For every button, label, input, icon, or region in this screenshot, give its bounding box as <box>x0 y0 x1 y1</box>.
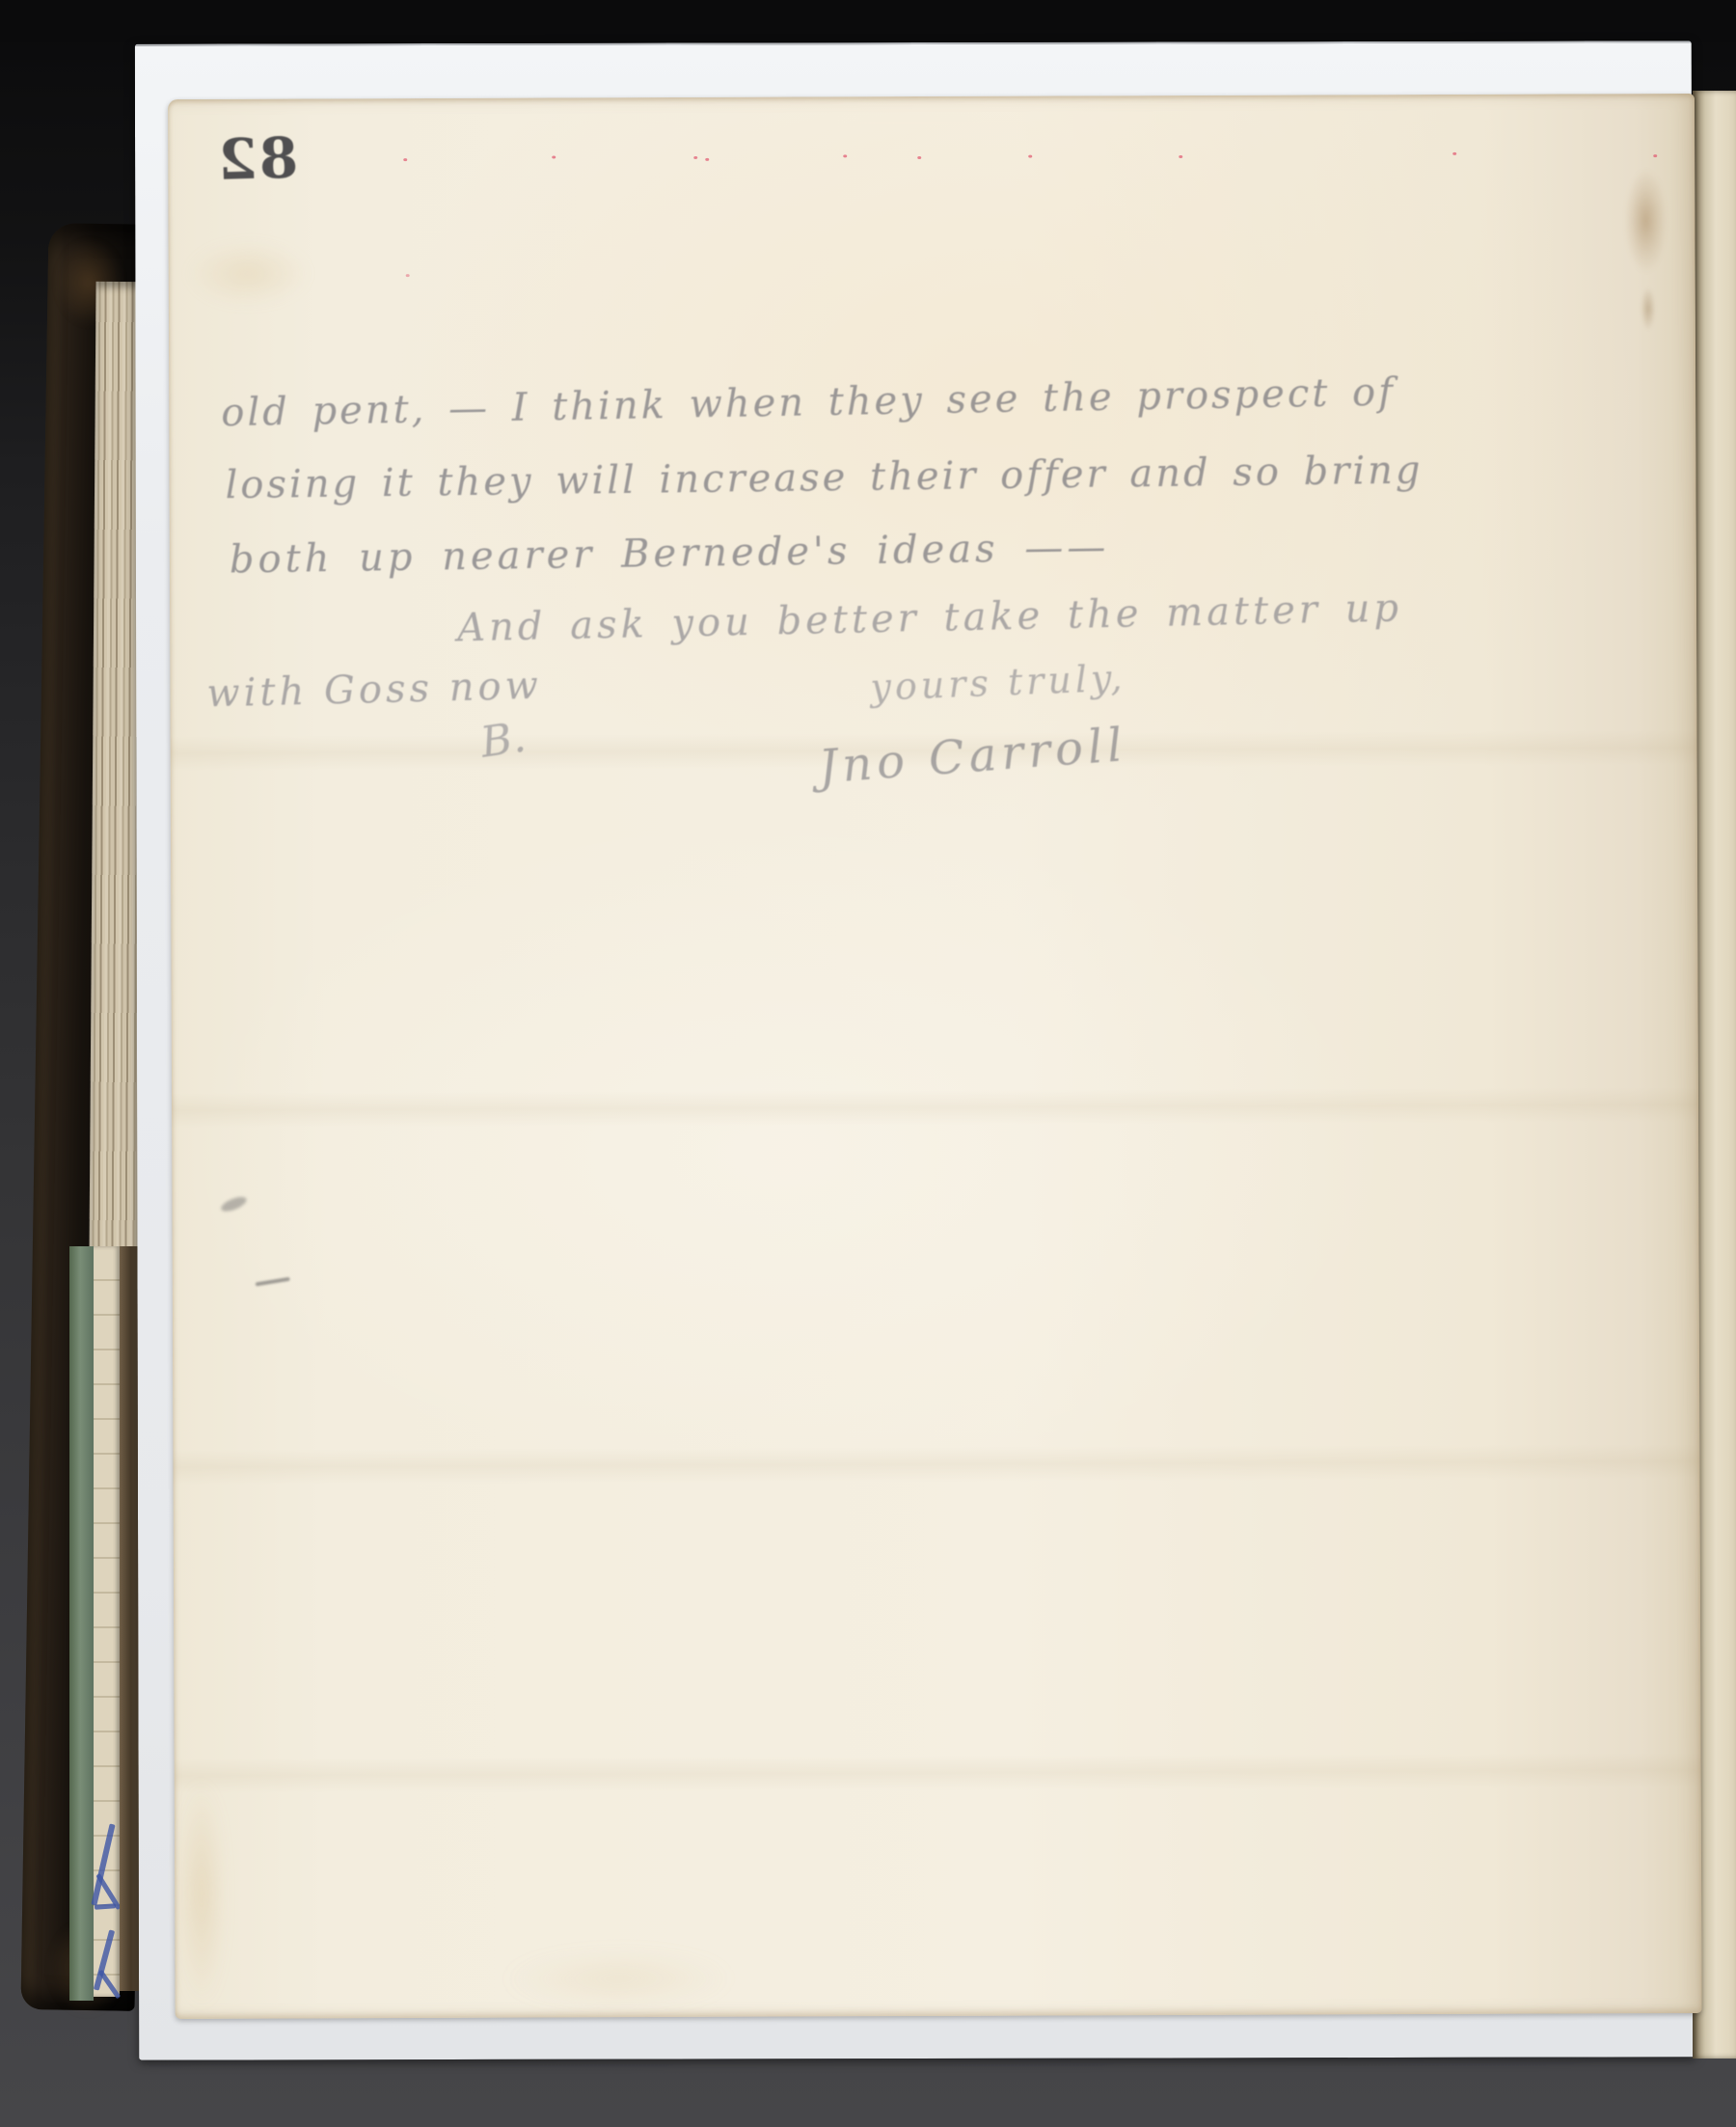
lined-page-edge <box>94 1246 120 1997</box>
paper-crease <box>172 1087 1698 1128</box>
blue-check-mark <box>95 1903 116 1910</box>
photo-backdrop: 82 old pent, — I think when they see the… <box>0 0 1736 2127</box>
red-speckle <box>1653 154 1657 157</box>
page-number-stamp: 82 <box>215 124 299 193</box>
handwriting-closing: yours truly, <box>870 657 1127 709</box>
red-speckle <box>843 154 847 157</box>
blue-check-mark <box>98 1970 122 2000</box>
handwriting-signature: Jno Carroll <box>817 718 1128 794</box>
red-speckle <box>917 156 921 159</box>
paper-crease <box>175 1753 1701 1793</box>
red-speckle <box>1452 152 1456 155</box>
pencil-smudge <box>219 1194 248 1214</box>
stain-mark <box>186 239 312 307</box>
handwriting-line: both up nearer Bernede's ideas —— <box>230 526 1110 583</box>
backdrop-top-shadow <box>0 0 1736 42</box>
red-speckle <box>406 274 410 277</box>
red-speckle <box>693 156 697 159</box>
red-speckle <box>1179 155 1182 158</box>
letter-page: 82 old pent, — I think when they see the… <box>168 94 1702 2019</box>
handwriting-line: with Goss now <box>206 664 543 717</box>
handwriting-line: And ask you better take the matter up <box>457 586 1403 651</box>
red-speckle <box>403 158 407 161</box>
stain-mark <box>502 1950 734 2008</box>
red-speckle <box>552 155 556 158</box>
handwriting-line: old pent, — I think when they see the pr… <box>221 370 1396 436</box>
stain-mark <box>1641 286 1656 331</box>
paper-crease <box>173 1444 1699 1485</box>
pencil-smudge <box>256 1277 290 1287</box>
stain-mark <box>1624 169 1667 273</box>
handwriting-flourish: B. <box>477 713 529 768</box>
handwriting-line: losing it they will increase their offer… <box>225 449 1423 508</box>
red-speckle <box>1028 155 1032 158</box>
stain-mark <box>178 1778 226 2009</box>
green-divider-edge <box>69 1246 94 2001</box>
red-speckle <box>705 158 709 161</box>
